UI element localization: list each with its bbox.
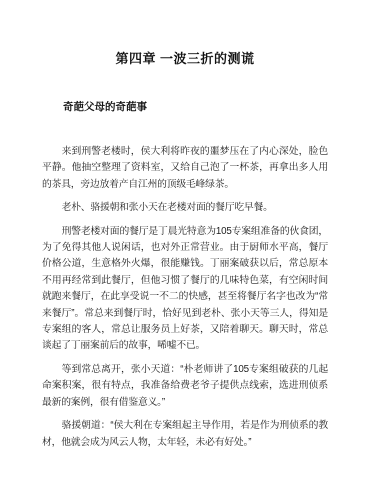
- paragraph-4: 等到常总离开，张小天道：“朴老师讲了105专案组破获的几起命案积案，很有特点，我…: [42, 362, 328, 411]
- body-text: 来到刑警老楼时，侯大利将昨夜的噩梦压在了内心深处，脸色平静。他抽空整理了资料室，…: [42, 144, 328, 451]
- book-page: 第四章 一波三折的测谎 奇葩父母的奇葩事 来到刑警老楼时，侯大利将昨夜的噩梦压在…: [0, 0, 370, 480]
- paragraph-5: 骆援朝道：“侯大利在专案组起主导作用，若是作为刑侦系的教材，他就会成为风云人物，…: [42, 418, 328, 451]
- section-heading: 奇葩父母的奇葩事: [42, 100, 328, 115]
- paragraph-2: 老朴、骆援朝和张小天在老楼对面的餐厅吃早餐。: [42, 200, 328, 216]
- paragraph-1: 来到刑警老楼时，侯大利将昨夜的噩梦压在了内心深处，脸色平静。他抽空整理了资料室，…: [42, 144, 328, 193]
- paragraph-3: 刑警老楼对面的餐厅是丁晨光特意为105专案组准备的伙食团，为了免得其他人说闲话，…: [42, 224, 328, 355]
- chapter-title: 第四章 一波三折的测谎: [42, 50, 328, 68]
